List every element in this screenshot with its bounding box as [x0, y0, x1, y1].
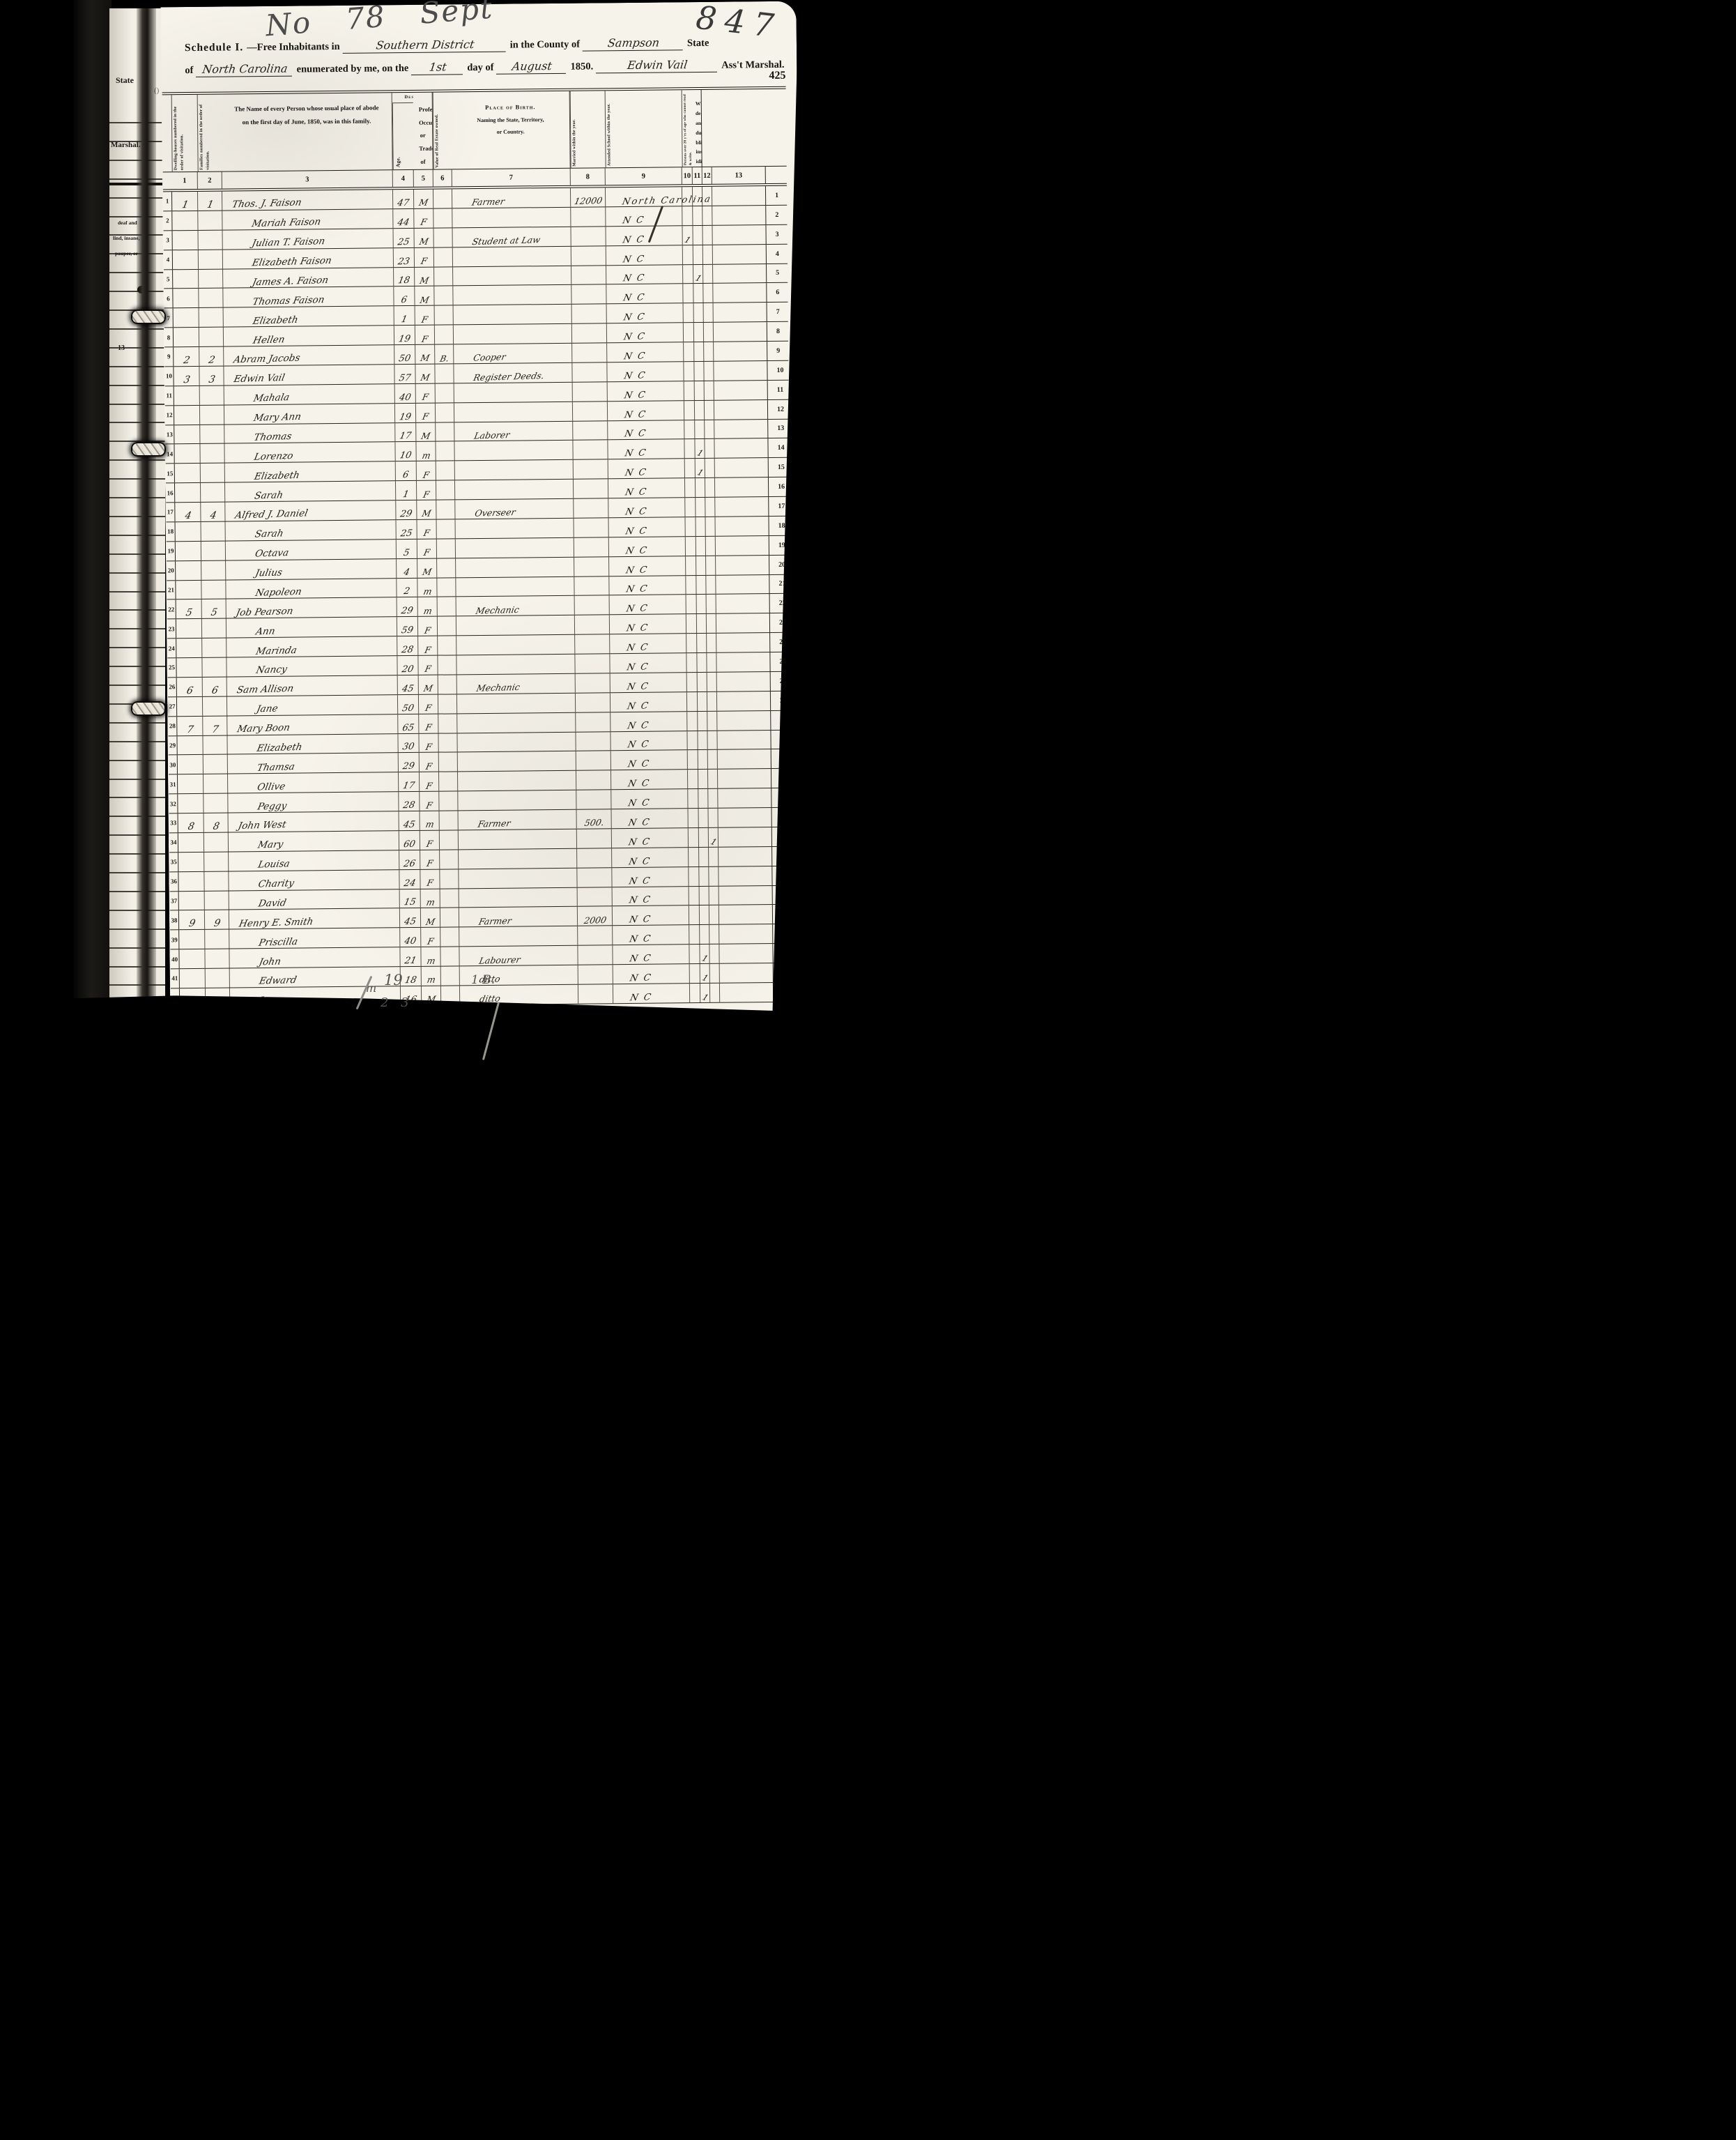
cell-deaf-dumb — [716, 556, 769, 575]
cell-name-text: Mahala — [252, 393, 290, 404]
title-enumerated: enumerated by me, on the — [297, 63, 409, 76]
cell-dwelling-number: 9 — [179, 910, 205, 929]
cell-row-number-right: 16 — [769, 477, 787, 496]
cell-real-estate-value — [576, 732, 610, 751]
cell-occupation — [458, 790, 576, 811]
cell-occupation-text: Cooper — [473, 353, 507, 364]
cell-dwelling-number — [177, 697, 203, 716]
cell-married-tick — [686, 634, 697, 652]
schedule-label: Schedule I. — [185, 41, 243, 54]
cell-sex-text: M — [422, 568, 433, 578]
cell-color — [439, 753, 458, 772]
cell-cannot-read-tick-text: 1 — [709, 837, 718, 847]
cell-sex: F — [420, 772, 439, 791]
numrow-spacer-right — [766, 167, 784, 183]
cell-real-estate-value — [572, 362, 607, 381]
cell-row-number-left: 4 — [164, 250, 173, 269]
cell-married-tick — [683, 284, 693, 303]
cell-place-of-birth-text: N C — [626, 624, 650, 634]
cell-name: Nancy — [226, 656, 397, 676]
cell-age-text: 5 — [403, 549, 410, 558]
cell-school-tick — [696, 498, 705, 517]
cell-occupation — [456, 616, 575, 636]
cell-married-tick — [684, 362, 694, 381]
cell-school-tick — [693, 226, 702, 245]
cell-married-tick — [685, 498, 696, 517]
cell-age: 1 — [396, 481, 417, 500]
cell-row-number-right: 18 — [769, 517, 787, 535]
cell-sex: M — [416, 422, 436, 441]
cell-color — [438, 597, 456, 616]
cell-age: 40 — [400, 928, 421, 947]
cell-real-estate-value — [577, 829, 612, 848]
header-rowno-spacer — [162, 95, 172, 171]
cell-row-number-right: 9 — [767, 342, 785, 360]
cell-age: 1 — [394, 306, 415, 325]
cell-real-estate-value — [571, 285, 606, 304]
cell-place-of-birth: N C — [607, 303, 684, 323]
cell-name-text: Elizabeth — [253, 471, 300, 482]
cell-place-of-birth: N C — [613, 887, 689, 906]
cell-age-text: 29 — [399, 510, 413, 520]
cell-row-number-left: 27 — [168, 697, 177, 716]
cell-place-of-birth-text: N C — [623, 332, 647, 342]
cell-color — [434, 247, 453, 266]
cell-married-tick — [689, 828, 699, 847]
cell-sex: m — [422, 967, 441, 986]
cell-row-number-right: 8 — [767, 322, 785, 341]
cell-family-number — [205, 949, 229, 968]
cell-cannot-read-tick — [705, 381, 714, 400]
cell-row-number-left: 22 — [167, 600, 176, 619]
cell-occupation: Student at Law — [452, 227, 571, 247]
cell-age-text: 25 — [399, 529, 413, 540]
cell-deaf-dumb — [716, 652, 770, 672]
cell-occupation-text: Student at Law — [471, 236, 541, 247]
cell-occupation-text: Register Deeds. — [473, 372, 545, 383]
cell-row-number-right: 4 — [767, 244, 785, 263]
cell-dwelling-number-text: 5 — [185, 608, 193, 618]
cell-real-estate-value — [571, 266, 606, 284]
cell-name-text: Julian T. Faison — [251, 237, 325, 250]
cell-age: 24 — [399, 870, 420, 889]
cell-real-estate-value — [574, 498, 608, 517]
cell-name-text: Louisa — [257, 859, 291, 871]
cell-deaf-dumb — [719, 866, 772, 886]
cell-real-estate-value — [578, 965, 613, 984]
cell-school-tick — [696, 575, 706, 594]
cell-occupation: ditto — [460, 985, 578, 1005]
cell-dwelling-number — [172, 211, 198, 230]
cell-place-of-birth-text: N C — [627, 721, 650, 731]
cell-cannot-read-tick — [710, 984, 720, 1002]
cell-place-of-birth-text: N C — [624, 449, 647, 459]
cell-row-number-left: 3 — [164, 231, 173, 250]
cell-place-of-birth: N C — [609, 537, 686, 556]
cell-sex: F — [416, 403, 436, 422]
cell-family-number — [201, 580, 226, 599]
cell-row-number-left: 25 — [167, 658, 176, 677]
cell-occupation — [453, 246, 571, 266]
cell-row-number-left: 26 — [168, 678, 177, 696]
cell-cannot-read-tick — [706, 537, 716, 556]
binding-gutter-shadow — [74, 0, 112, 1070]
fragment-deaf-and: deaf and — [118, 220, 137, 226]
cell-married-tick — [687, 692, 698, 711]
cell-age-text: 18 — [404, 976, 417, 986]
cell-place-of-birth: N C — [613, 906, 689, 926]
cell-married-tick — [686, 595, 697, 613]
cell-family-number — [202, 639, 226, 657]
cell-school-tick: 1 — [700, 984, 710, 1002]
cell-age-text: 44 — [397, 218, 410, 229]
cell-sex-text: F — [422, 490, 430, 500]
cell-family-number: 5 — [202, 599, 226, 618]
cell-age-text: 28 — [401, 645, 414, 656]
cell-age: 29 — [399, 753, 420, 772]
cell-name-text: Thomas Faison — [252, 296, 325, 308]
cell-place-of-birth-text: N C — [624, 468, 647, 479]
cell-color — [437, 519, 456, 538]
header-cannot-read-write: Persons over 20 y'rs of age who cannot r… — [682, 90, 693, 167]
cell-color — [433, 208, 452, 227]
day-handwritten: 1st — [411, 60, 465, 75]
cell-name-text: Elizabeth — [252, 315, 299, 326]
column-number-6: 6 — [433, 169, 452, 186]
cell-cannot-read-tick — [709, 866, 719, 885]
cell-dwelling-number — [178, 794, 203, 813]
cell-school-tick: 1 — [700, 964, 710, 983]
cell-row-number-left: 15 — [166, 464, 175, 482]
cell-family-number — [198, 211, 222, 229]
cell-school-tick — [699, 848, 709, 866]
cell-row-number-left: 32 — [169, 794, 178, 813]
cell-age: 50 — [394, 345, 415, 364]
cell-cannot-read-tick — [703, 264, 713, 283]
cell-place-of-birth: N C — [607, 362, 684, 381]
cell-place-of-birth: N C — [613, 945, 689, 964]
cell-age-text: 6 — [402, 471, 410, 480]
cell-row-number-left: 8 — [164, 328, 174, 346]
cell-dwelling-number — [179, 949, 205, 968]
cell-real-estate-value — [572, 305, 607, 323]
cell-row-number-right: 3 — [766, 225, 784, 244]
cell-married-tick — [685, 459, 696, 477]
column-number-9: 9 — [606, 167, 682, 185]
cell-occupation — [459, 848, 577, 869]
cell-sex: F — [419, 714, 438, 733]
cell-school-tick — [694, 362, 704, 381]
cell-row-number-right: 14 — [768, 438, 786, 457]
cell-family-number: 9 — [205, 910, 229, 929]
cell-age: 17 — [395, 422, 416, 441]
cell-school-tick — [697, 614, 707, 633]
cell-cannot-read-tick — [707, 711, 717, 730]
cell-married-tick — [689, 848, 699, 866]
cell-color — [440, 889, 459, 908]
cell-family-number: 1 — [198, 192, 222, 211]
cell-occupation-text: Mechanic — [475, 683, 521, 694]
cell-real-estate-value — [577, 848, 612, 867]
cell-row-number-left: 18 — [167, 522, 176, 541]
cell-deaf-dumb — [716, 613, 770, 633]
cell-dwelling-number: 1 — [172, 192, 198, 211]
cell-place-of-birth-text: N C — [622, 215, 645, 226]
cell-age-text: 18 — [397, 276, 410, 286]
cell-married-tick — [684, 420, 695, 439]
cell-married-tick — [684, 303, 694, 322]
cell-sex: F — [420, 753, 439, 772]
cell-age: 29 — [396, 500, 417, 519]
cell-cannot-read-tick — [710, 964, 720, 983]
cell-occupation — [456, 537, 574, 558]
header-dwelling: Dwelling-houses numbered in the order of… — [171, 95, 198, 171]
cell-occupation — [458, 771, 576, 791]
cell-place-of-birth: N C — [608, 401, 684, 420]
fragment-blind-insane: lind, insane, — [113, 235, 140, 241]
cell-sex-text: F — [420, 218, 427, 228]
cell-sex-text: M — [420, 374, 431, 383]
cell-real-estate-value — [574, 479, 608, 498]
cell-name-text: Elizabeth — [256, 743, 303, 754]
cell-sex-text: F — [424, 665, 431, 675]
header-married-within-year: Married within the year. — [570, 91, 606, 167]
cell-family-number — [203, 774, 228, 793]
cell-place-of-birth: N C — [609, 556, 686, 576]
cell-sex: F — [419, 733, 438, 752]
cell-married-tick — [684, 439, 695, 458]
cell-married-tick — [683, 245, 693, 264]
cell-real-estate-value — [576, 790, 611, 809]
cell-married-tick — [690, 964, 700, 983]
cell-family-number — [199, 308, 224, 327]
cell-family-number — [204, 852, 229, 871]
cell-sex-text: F — [423, 549, 431, 558]
cell-occupation: Laborer — [454, 421, 573, 441]
cell-dwelling-number — [174, 406, 200, 425]
cell-occupation-text: Farmer — [471, 198, 505, 208]
cell-place-of-birth-text: N C — [627, 701, 650, 712]
cell-dwelling-number: 4 — [175, 503, 201, 521]
cell-color — [438, 733, 457, 752]
cell-name: Thomas Faison — [223, 287, 394, 307]
cell-family-number: 3 — [199, 366, 224, 385]
cell-row-number-left: 21 — [167, 581, 176, 599]
cell-sex: F — [417, 481, 436, 500]
header-deaf-dumb-blind: Whether deaf and dumb, blind, insane, id… — [692, 90, 702, 167]
table-header-band: Dwelling-houses numbered in the order of… — [162, 86, 787, 173]
cell-real-estate-value — [575, 596, 610, 615]
cell-married-tick — [686, 614, 697, 633]
cell-name: James A. Faison — [223, 268, 394, 288]
cell-occupation: Farmer — [452, 188, 571, 208]
binding-cord — [137, 8, 156, 1034]
cell-married-tick — [686, 537, 696, 556]
cell-name: Elizabeth Faison — [223, 248, 394, 268]
cell-name-text: David — [257, 899, 287, 910]
cell-place-of-birth-text: N C — [626, 682, 650, 692]
cell-deaf-dumb — [714, 381, 768, 400]
cell-occupation — [455, 460, 574, 480]
cell-color — [436, 422, 454, 441]
cell-name-text: James A. Faison — [252, 276, 330, 289]
cell-sex: M — [415, 267, 434, 286]
cell-family-number — [199, 230, 223, 249]
cell-cannot-read-tick — [702, 206, 712, 225]
cell-age: 30 — [398, 733, 419, 752]
cell-school-tick-text: 1 — [696, 449, 705, 459]
cell-occupation: Cooper — [454, 344, 572, 364]
cell-sex: M — [414, 228, 433, 247]
cell-family-number — [200, 425, 224, 443]
cell-place-of-birth-text: N C — [627, 740, 650, 751]
cell-family-number: 4 — [201, 503, 225, 521]
cell-occupation — [457, 732, 576, 752]
cell-school-tick: 1 — [696, 459, 705, 477]
cell-real-estate-value-text: 500. — [583, 818, 605, 828]
cell-name-text: Charity — [257, 879, 295, 890]
cell-place-of-birth: N C — [612, 848, 689, 867]
cell-place-of-birth-text: N C — [622, 313, 646, 323]
cell-dwelling-number — [179, 930, 205, 949]
cell-dwelling-number-text: 7 — [185, 724, 194, 735]
cell-row-number-left: 33 — [169, 813, 178, 832]
cell-sex-text: F — [427, 937, 434, 947]
cell-cannot-read-tick — [707, 634, 716, 652]
cell-row-number-left: 29 — [168, 736, 177, 755]
cell-place-of-birth-text: N C — [624, 429, 647, 440]
cell-name: Thos. J. Faison — [222, 190, 393, 210]
cell-row-number-right: 7 — [767, 303, 785, 321]
cell-age-text: 23 — [397, 257, 410, 267]
cell-place-of-birth-text: N C — [622, 235, 645, 245]
cell-row-number-left: 39 — [170, 930, 179, 949]
cell-married-tick-text: 1 — [683, 235, 692, 245]
cell-dwelling-number — [174, 386, 200, 405]
cell-occupation: Mechanic — [456, 596, 575, 616]
cell-occupation — [459, 887, 578, 908]
cell-family-number — [201, 521, 226, 540]
cell-dwelling-number-text: 1 — [180, 200, 189, 211]
cell-sex: F — [419, 694, 438, 713]
cell-age: 50 — [398, 695, 419, 714]
cell-row-number-left: 17 — [166, 503, 175, 521]
cell-real-estate-value — [574, 576, 609, 595]
cell-place-of-birth-text: N C — [622, 254, 645, 265]
cell-family-number-text: 3 — [208, 374, 216, 385]
cell-color — [440, 908, 459, 927]
cell-deaf-dumb — [719, 924, 773, 944]
cell-family-number — [201, 483, 225, 502]
cell-color — [441, 966, 460, 985]
cell-place-of-birth-text: N C — [623, 371, 647, 381]
cell-married-tick — [689, 905, 700, 924]
header-description: Description. — [392, 93, 414, 103]
cell-occupation — [456, 557, 574, 577]
cell-dwelling-number: 3 — [174, 367, 199, 385]
cell-school-tick — [698, 770, 708, 788]
cell-row-number-left: 38 — [170, 911, 179, 930]
cell-sex-text: M — [420, 431, 431, 441]
cell-deaf-dumb — [713, 245, 767, 264]
cell-real-estate-value — [576, 751, 611, 770]
cell-sex: F — [414, 209, 433, 228]
cell-name-text: Peggy — [256, 802, 287, 813]
cell-sex: M — [421, 908, 440, 927]
cell-married-tick — [687, 673, 698, 691]
cell-married-tick — [686, 556, 696, 575]
cell-occupation — [454, 305, 572, 325]
cell-cannot-read-tick — [703, 284, 713, 303]
cell-name: Mary Ann — [224, 404, 395, 424]
cell-color — [435, 364, 454, 383]
cell-family-number — [199, 250, 223, 268]
cell-row-number-left: 11 — [165, 386, 174, 405]
cell-occupation — [459, 830, 577, 850]
cell-name-text: Jane — [256, 705, 279, 715]
cell-place-of-birth: N C — [608, 478, 685, 498]
cell-dwelling-number — [177, 735, 203, 754]
cell-real-estate-value: 500. — [577, 809, 612, 828]
cell-row-number-left: 23 — [167, 619, 176, 638]
cell-school-tick — [697, 634, 707, 652]
title-county-of: in the County of — [510, 39, 580, 52]
cell-school-tick — [694, 303, 704, 322]
cell-occupation: Farmer — [459, 810, 577, 830]
cell-name: Mary — [229, 831, 399, 851]
cell-dwelling-number — [176, 542, 201, 560]
cell-name-text: Nancy — [255, 666, 288, 677]
cell-row-number-right: 5 — [767, 263, 785, 282]
cell-cannot-read-tick — [707, 692, 717, 711]
column-number-4: 4 — [393, 170, 414, 187]
cell-occupation — [454, 402, 573, 422]
cell-place-of-birth: N C — [607, 342, 684, 362]
cell-school-tick — [693, 245, 703, 264]
cell-dwelling-number — [174, 444, 200, 463]
cell-cannot-read-tick — [709, 945, 719, 963]
cell-place-of-birth-text: N C — [627, 818, 651, 828]
cell-place-of-birth: N C — [610, 731, 687, 751]
cell-dwelling-number — [174, 425, 200, 443]
cell-deaf-dumb — [717, 691, 771, 711]
header-rowno-spacer-right — [702, 90, 712, 167]
cell-color — [438, 655, 456, 674]
cell-sex: F — [420, 792, 439, 811]
cell-deaf-dumb — [717, 731, 771, 750]
cell-age: 19 — [395, 404, 416, 422]
cell-sex-text: m — [425, 898, 436, 908]
cell-color — [438, 617, 456, 636]
cell-age: 5 — [397, 540, 417, 558]
cell-sex: M — [415, 286, 434, 305]
cell-name-text: Ann — [255, 627, 276, 637]
cell-place-of-birth: N C — [608, 381, 684, 401]
cell-married-tick — [686, 653, 697, 672]
cell-school-tick — [693, 206, 702, 225]
cell-age: 18 — [401, 967, 422, 986]
cell-row-number-left: 24 — [167, 639, 176, 657]
cell-cannot-read-tick — [708, 789, 718, 808]
cell-married-tick — [685, 478, 696, 497]
cell-name: John — [229, 947, 400, 968]
cell-real-estate-value — [574, 460, 608, 479]
cell-place-of-birth-text: N C — [623, 390, 647, 401]
cell-cannot-read-tick — [707, 673, 717, 691]
cell-family-number — [203, 794, 228, 813]
cell-row-number-left: 34 — [169, 833, 178, 852]
fragment-state: State — [116, 75, 134, 86]
